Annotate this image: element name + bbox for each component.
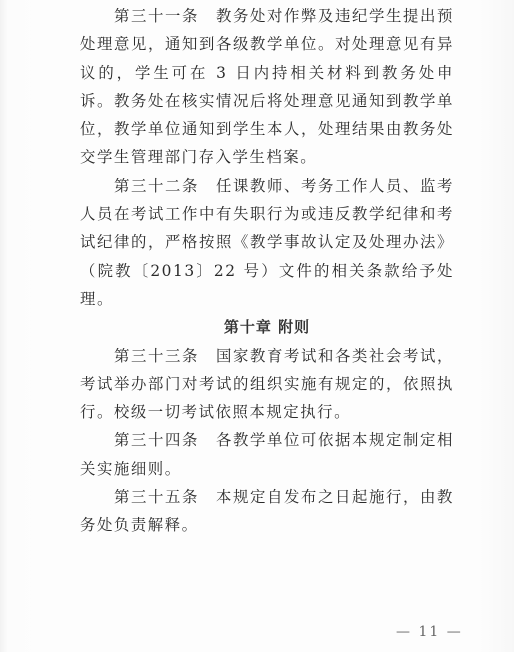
page-content: 第三十一条 教务处对作弊及违纪学生提出预处理意见，通知到各级教学单位。对处理意见…	[80, 2, 454, 540]
document-page: 第三十一条 教务处对作弊及违纪学生提出预处理意见，通知到各级教学单位。对处理意见…	[0, 0, 514, 652]
chapter-heading: 第十章 附则	[80, 313, 454, 341]
article-33-paragraph: 第三十三条 国家教育考试和各类社会考试，考试举办部门对考试的组织实施有规定的，依…	[80, 342, 454, 427]
article-31-paragraph: 第三十一条 教务处对作弊及违纪学生提出预处理意见，通知到各级教学单位。对处理意见…	[80, 2, 454, 172]
page-number: — 11 —	[396, 624, 463, 640]
article-32-paragraph: 第三十二条 任课教师、考务工作人员、监考人员在考试工作中有失职行为或违反教学纪律…	[80, 172, 454, 313]
article-35-paragraph: 第三十五条 本规定自发布之日起施行，由教务处负责解释。	[80, 483, 454, 540]
article-34-paragraph: 第三十四条 各教学单位可依据本规定制定相关实施细则。	[80, 426, 454, 483]
